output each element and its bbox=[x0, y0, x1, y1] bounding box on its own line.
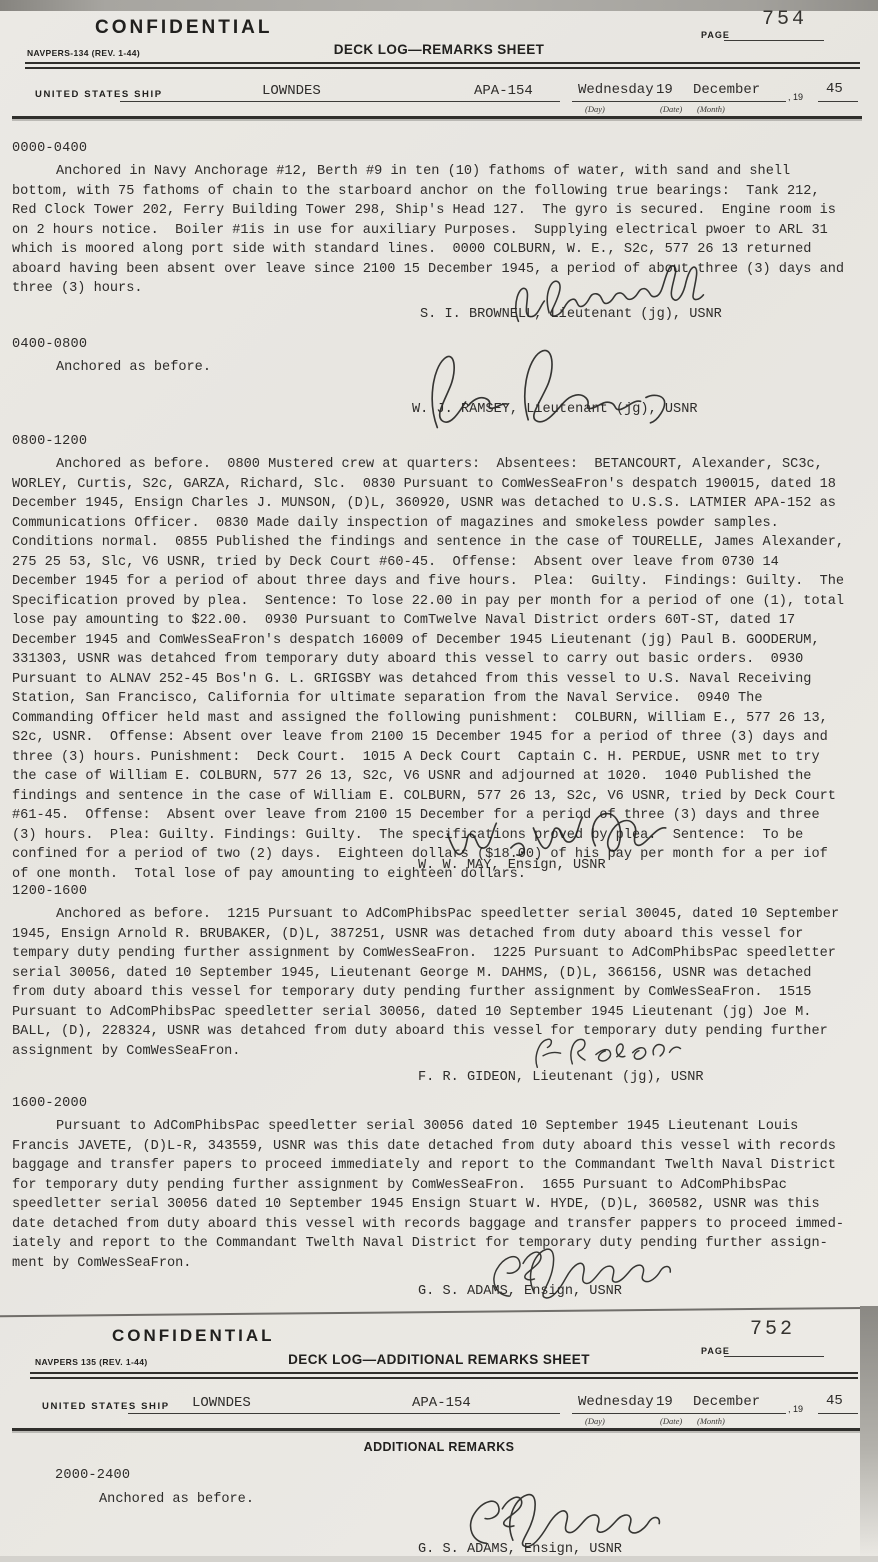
watch-period: 0400-0800 bbox=[12, 337, 87, 352]
year-prefix: , 19 bbox=[788, 1404, 803, 1414]
remarks-text: Pursuant to AdComPhibsPac speedletter se… bbox=[12, 1117, 850, 1273]
classification-stamp: CONFIDENTIAL bbox=[112, 1326, 275, 1346]
signature-name: G. S. ADAMS, Ensign, USNR bbox=[418, 1284, 622, 1299]
scan-top-edge bbox=[0, 0, 878, 11]
signature-name: S. I. BROWNELL, Lieutenant (jg), USNR bbox=[420, 307, 722, 322]
remarks-text: Anchored as before. 1215 Pursuant to AdC… bbox=[12, 905, 850, 1061]
signature-name: W. J. RAMSEY, Lieutenant (jg), USNR bbox=[412, 402, 698, 417]
date-field: 19 bbox=[656, 82, 673, 98]
hull-number-field: APA-154 bbox=[412, 1395, 471, 1411]
day-field: Wednesday bbox=[578, 1394, 654, 1410]
day-caption: (Day) bbox=[585, 104, 605, 114]
ship-name-field: LOWNDES bbox=[262, 83, 321, 99]
watch-period: 0800-1200 bbox=[12, 434, 87, 449]
header-double-rule bbox=[30, 1372, 858, 1379]
watch-period: 1200-1600 bbox=[12, 884, 87, 899]
watch-period: 2000-2400 bbox=[55, 1468, 130, 1483]
signature-name: G. S. ADAMS, Ensign, USNR bbox=[418, 1542, 622, 1557]
header-double-rule bbox=[25, 62, 860, 69]
month-caption: (Month) bbox=[697, 104, 725, 114]
date-caption: (Date) bbox=[660, 1416, 682, 1426]
day-field: Wednesday bbox=[578, 82, 654, 98]
page-number: 752 bbox=[750, 1318, 795, 1341]
section-title: ADDITIONAL REMARKS bbox=[0, 1440, 878, 1454]
month-field: December bbox=[693, 1394, 760, 1410]
classification-stamp: CONFIDENTIAL bbox=[95, 17, 272, 39]
signature-name: W. W. MAY, Ensign, USNR bbox=[418, 858, 606, 873]
day-caption: (Day) bbox=[585, 1416, 605, 1426]
ship-name-field: LOWNDES bbox=[192, 1395, 251, 1411]
scan-bottom-edge bbox=[0, 1556, 878, 1562]
month-field: December bbox=[693, 82, 760, 98]
form-title: DECK LOG—REMARKS SHEET bbox=[0, 42, 878, 57]
watch-period: 1600-2000 bbox=[12, 1096, 87, 1111]
hull-number-field: APA-154 bbox=[474, 83, 533, 99]
deck-log-scan: CONFIDENTIAL 754 PAGE NAVPERS-134 (REV. … bbox=[0, 0, 878, 1562]
form-title: DECK LOG—ADDITIONAL REMARKS SHEET bbox=[0, 1352, 878, 1367]
date-field: 19 bbox=[656, 1394, 673, 1410]
sheet2-edge-shadow bbox=[860, 1306, 878, 1562]
date-caption: (Date) bbox=[660, 104, 682, 114]
month-caption: (Month) bbox=[697, 1416, 725, 1426]
page-number-line bbox=[724, 27, 824, 41]
year-prefix: , 19 bbox=[788, 92, 803, 102]
signature-name: F. R. GIDEON, Lieutenant (jg), USNR bbox=[418, 1070, 704, 1085]
year-field: 45 bbox=[826, 81, 843, 97]
header-heavy-rule bbox=[12, 116, 862, 119]
header-heavy-rule bbox=[12, 1428, 860, 1431]
remarks-text: Anchored as before. 0800 Mustered crew a… bbox=[12, 455, 850, 884]
watch-period: 0000-0400 bbox=[12, 141, 87, 156]
sheet-separator-edge bbox=[0, 1307, 878, 1318]
signature-scribble bbox=[411, 341, 699, 438]
year-field: 45 bbox=[826, 1393, 843, 1409]
